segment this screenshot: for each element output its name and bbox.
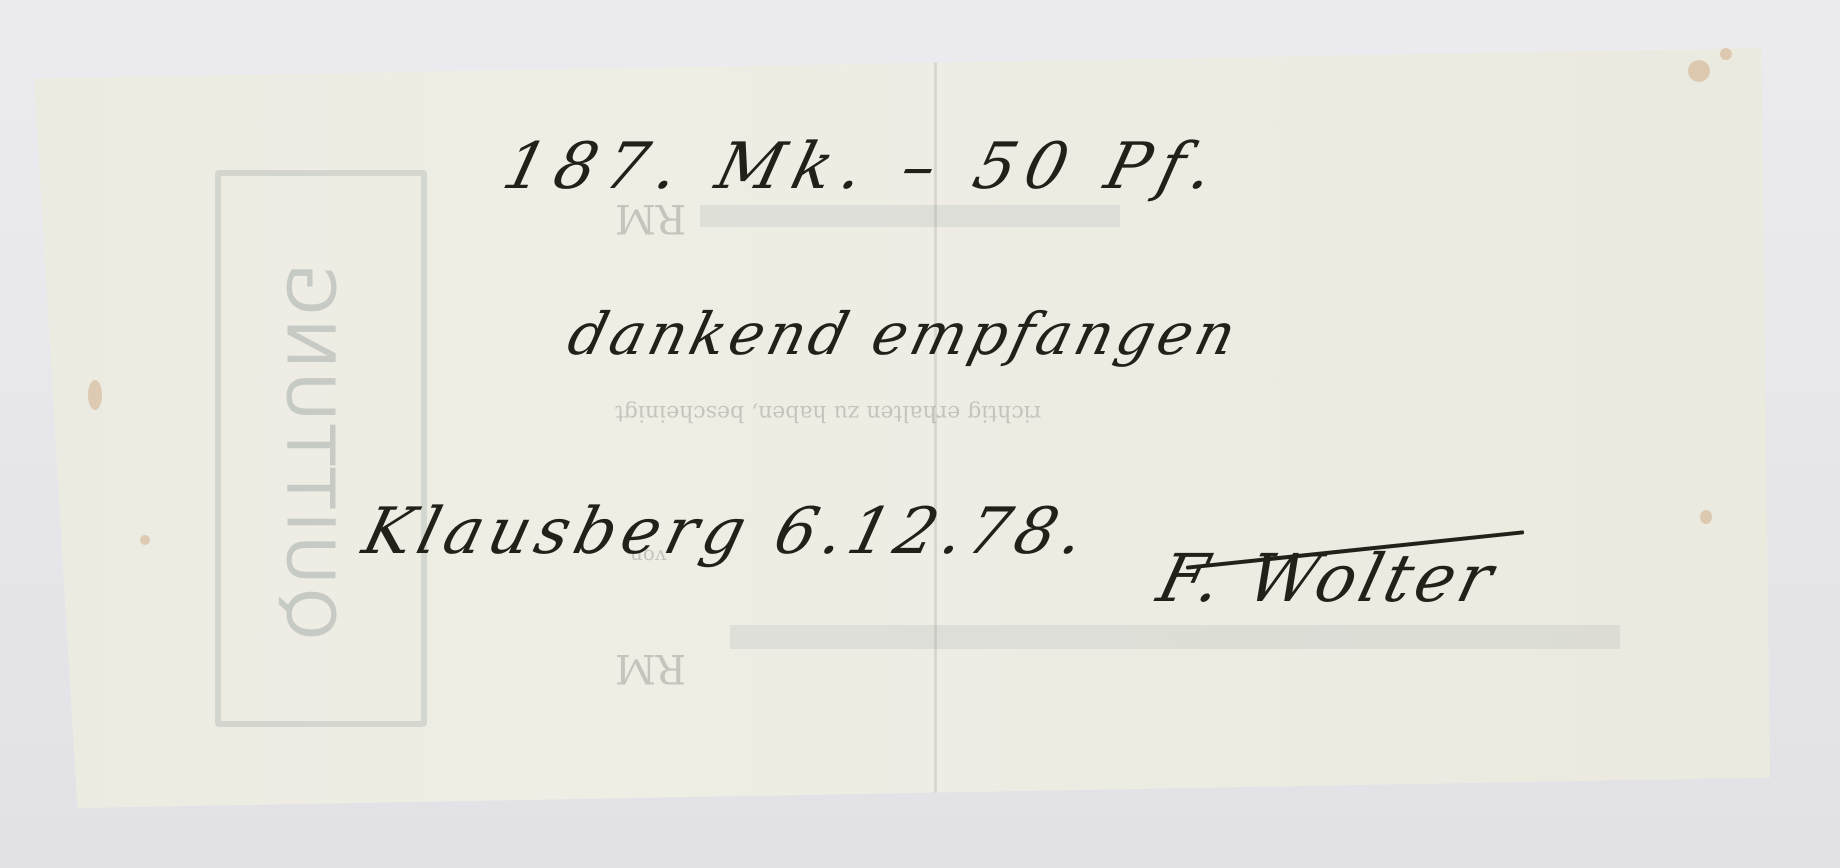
foxing-stain	[1700, 510, 1712, 524]
handwritten-amount: 187. Mk. – 50 Pf.	[496, 130, 1231, 204]
foxing-stain	[88, 380, 102, 410]
bleed-through-currency-bottom: RM	[615, 645, 686, 691]
foxing-stain	[1720, 48, 1732, 60]
bleed-through-form-line: richtig erhalten zu haben, bescheinigt	[615, 400, 1041, 425]
bleed-through-stamp-text: QUITTUNG	[255, 250, 365, 650]
bleed-through-amount-bar	[700, 205, 1120, 227]
bleed-through-line-bar	[730, 625, 1620, 649]
foxing-stain	[1688, 60, 1710, 82]
handwritten-place-date: Klausberg 6.12.78.	[356, 495, 1098, 569]
handwritten-acknowledgement: dankend empfangen	[562, 300, 1247, 368]
foxing-stain	[140, 535, 150, 545]
handwritten-signature: F. Wolter	[1150, 540, 1504, 617]
